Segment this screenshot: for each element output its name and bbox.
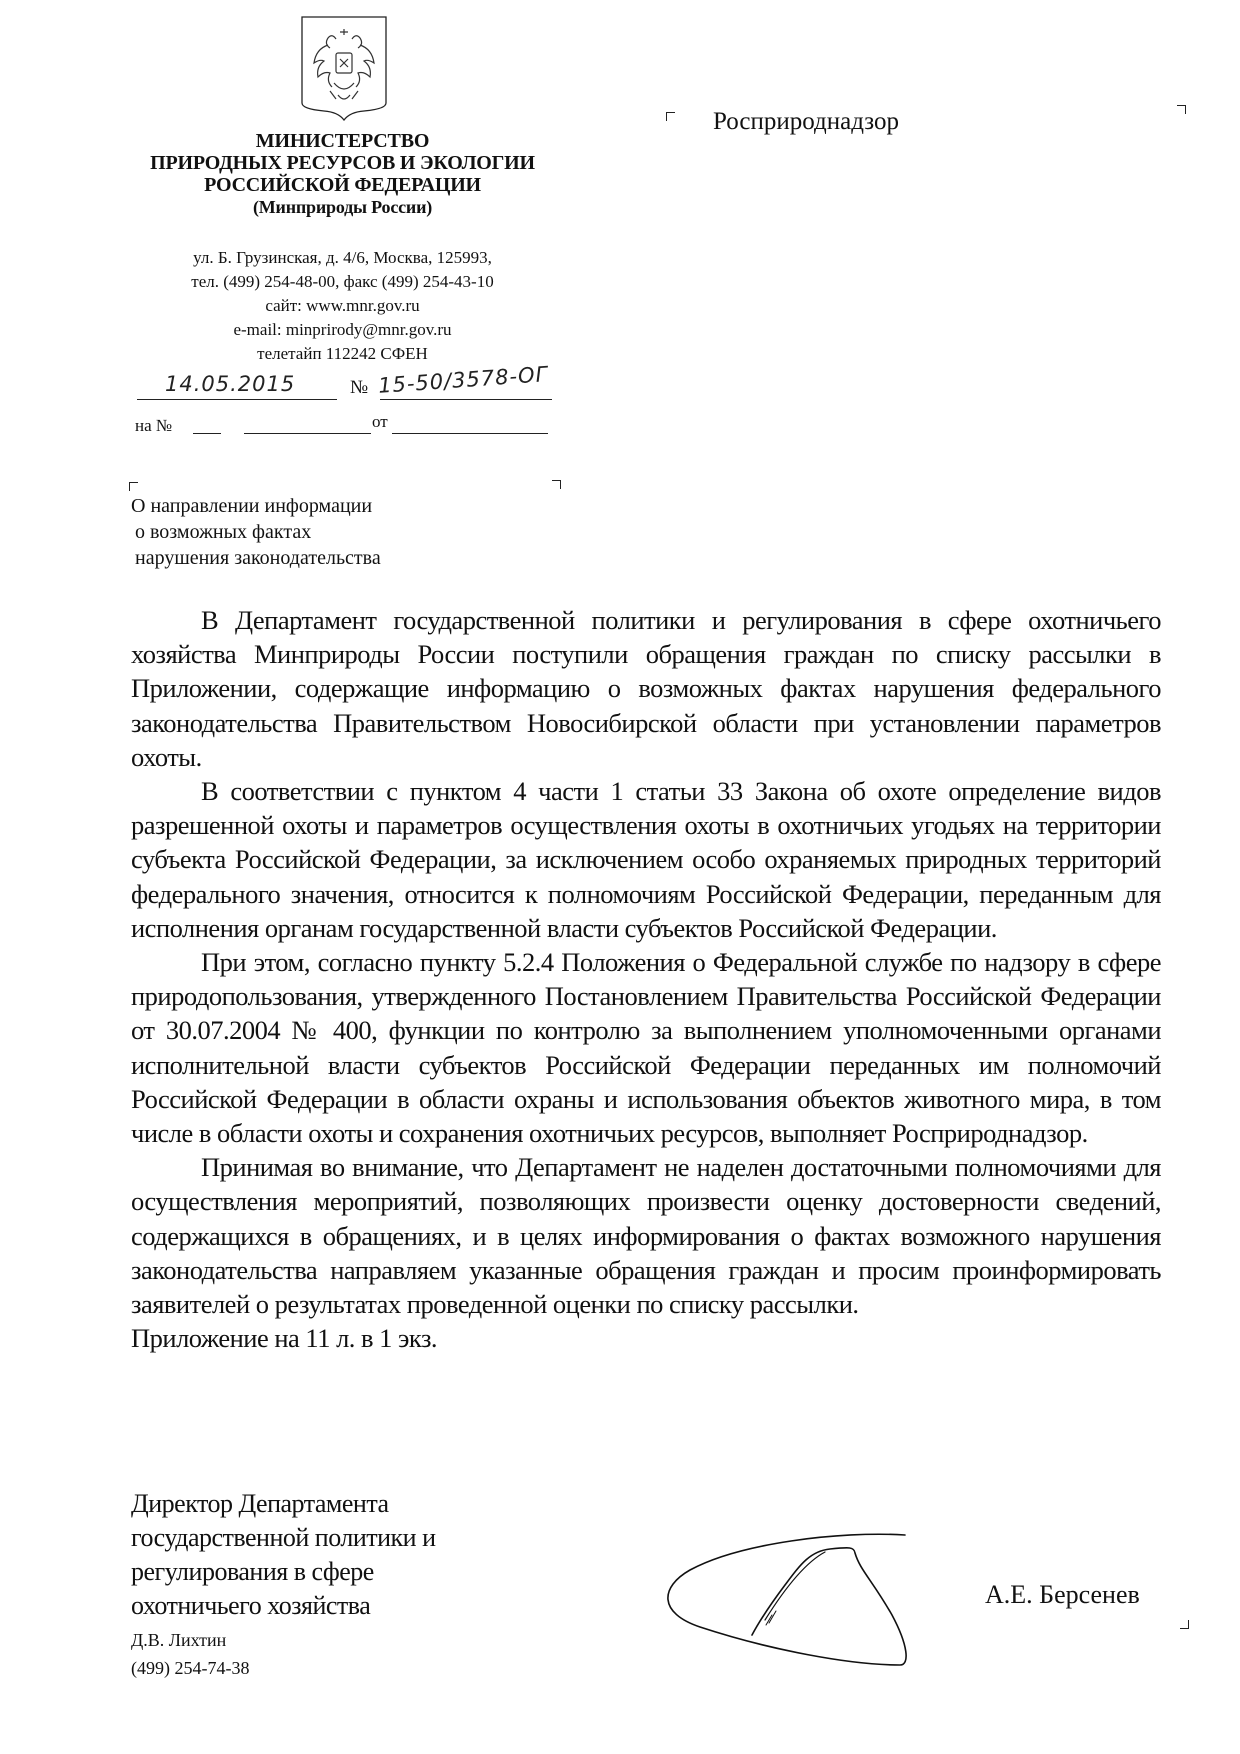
subject-corner-mark [129, 482, 138, 491]
reply-number-underline-2 [244, 433, 371, 434]
registration-number: 15-50/3578-ОГ [377, 362, 549, 398]
signer-position-line: государственной политики и [131, 1521, 436, 1555]
ministry-contacts: ул. Б. Грузинская, д. 4/6, Москва, 12599… [120, 246, 565, 366]
letter-body: В Департамент государственной политики и… [131, 603, 1161, 1355]
ministry-title-line: РОССИЙСКОЙ ФЕДЕРАЦИИ [120, 174, 565, 196]
addressee-corner-mark [666, 112, 675, 121]
address-line: ул. Б. Грузинская, д. 4/6, Москва, 12599… [120, 246, 565, 270]
body-paragraph: При этом, согласно пункту 5.2.4 Положени… [131, 945, 1161, 1150]
email-line: e-mail: minprirody@mnr.gov.ru [120, 318, 565, 342]
signer-name: А.Е. Берсенев [985, 1580, 1140, 1610]
signer-position-line: Директор Департамента [131, 1487, 436, 1521]
number-label: № [350, 377, 368, 399]
addressee: Росприроднадзор [713, 108, 899, 136]
subject-line: О направлении информации [131, 493, 381, 519]
ministry-title-line: МИНИСТЕРСТВО [120, 130, 565, 152]
body-paragraph: В Департамент государственной политики и… [131, 603, 1161, 774]
executor-phone: (499) 254-74-38 [131, 1654, 249, 1682]
addressee-corner-mark [1177, 105, 1186, 114]
russian-coat-of-arms-icon [300, 15, 388, 122]
executor-name: Д.В. Лихтин [131, 1626, 249, 1654]
handwritten-signature-icon [660, 1525, 960, 1675]
from-date-underline [392, 433, 548, 434]
registration-date: 14.05.2015 [165, 372, 295, 396]
attachment-note: Приложение на 11 л. в 1 экз. [131, 1321, 1161, 1355]
executor-info: Д.В. Лихтин (499) 254-74-38 [131, 1626, 249, 1682]
number-underline [380, 399, 552, 400]
signature-corner-mark [1180, 1620, 1189, 1629]
signer-position: Директор Департамента государственной по… [131, 1487, 436, 1623]
signer-position-line: регулирования в сфере [131, 1555, 436, 1589]
ministry-title-line: ПРИРОДНЫХ РЕСУРСОВ И ЭКОЛОГИИ [120, 152, 565, 174]
teletype-line: телетайп 112242 СФЕН [120, 342, 565, 366]
from-date-label: от [372, 412, 388, 432]
ministry-short-name: (Минприроды России) [120, 196, 565, 218]
body-paragraph: Принимая во внимание, что Департамент не… [131, 1150, 1161, 1321]
date-underline [137, 399, 337, 400]
subject-corner-mark [552, 480, 561, 489]
website-line: сайт: www.mnr.gov.ru [120, 294, 565, 318]
body-paragraph: В соответствии с пунктом 4 части 1 стать… [131, 774, 1161, 945]
phone-line: тел. (499) 254-48-00, факс (499) 254-43-… [120, 270, 565, 294]
subject-line: о возможных фактах [131, 519, 381, 545]
letter-subject: О направлении информации о возможных фак… [131, 493, 381, 571]
signer-position-line: охотничьего хозяйства [131, 1589, 436, 1623]
reply-to-label: на № [135, 416, 172, 436]
reply-number-underline [193, 433, 221, 434]
subject-line: нарушения законодательства [131, 545, 381, 571]
ministry-title: МИНИСТЕРСТВО ПРИРОДНЫХ РЕСУРСОВ И ЭКОЛОГ… [120, 130, 565, 218]
